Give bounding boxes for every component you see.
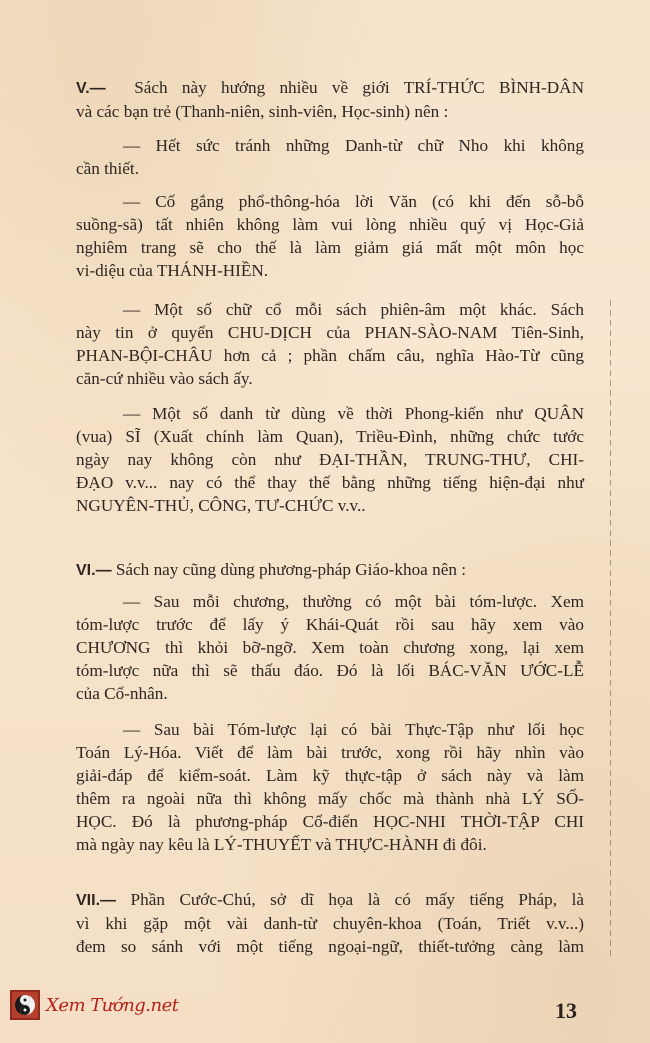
text-line: — Cố gắng phổ-thông-hóa lời Văn (có khi … bbox=[76, 190, 584, 213]
text-line: nghiêm trang sẽ cho thế là làm giảm giá … bbox=[76, 236, 584, 259]
text-line: giải-đáp để kiểm-soát. Làm kỹ thực-tập ở… bbox=[76, 764, 584, 787]
text-line: suồng-sã) tất nhiên không làm vui lòng n… bbox=[76, 213, 584, 236]
text-line: đem so sánh với một tiếng ngoại-ngữ, thi… bbox=[76, 935, 584, 958]
text-line: căn-cứ nhiều vào sách ấy. bbox=[76, 367, 584, 390]
text-line: vi-diệu của THÁNH-HIỀN. bbox=[76, 259, 584, 282]
text-line: — Một số chữ cổ mỗi sách phiên-âm một kh… bbox=[76, 298, 584, 321]
text-line: HỌC. Đó là phương-pháp Cổ-điển HỌC-NHI T… bbox=[76, 810, 584, 833]
text-line: và các bạn trẻ (Thanh-niên, sinh-viên, H… bbox=[76, 100, 584, 123]
text-line: này tin ở quyển CHU-DỊCH của PHAN-SÀO-NA… bbox=[76, 321, 584, 344]
section-numeral: VII.— bbox=[76, 892, 116, 909]
text-line: — Sau mỗi chương, thường có một bài tóm-… bbox=[76, 590, 584, 613]
text-line: cần thiết. bbox=[76, 157, 584, 180]
text-line: ngày nay không còn như ĐẠI-THẦN, TRUNG-T… bbox=[76, 448, 584, 471]
paragraph-vi-1: — Sau mỗi chương, thường có một bài tóm-… bbox=[76, 590, 584, 705]
section-vi-line-1: VI.— Sách nay cũng dùng phương-pháp Giáo… bbox=[76, 558, 584, 582]
paragraph-vi-2: — Sau bài Tóm-lược lại có bài Thực-Tập n… bbox=[76, 718, 584, 856]
text-line: NGUYÊN-THỦ, CÔNG, TƯ-CHỨC v.v.. bbox=[76, 494, 584, 517]
text-line: PHAN-BỘI-CHÂU hơn cả ; phần chấm câu, ng… bbox=[76, 344, 584, 367]
text-line: tóm-lược trước để lấy ý Khái-Quát rồi sa… bbox=[76, 613, 584, 636]
paragraph-v-1: — Hết sức tránh những Danh-từ chữ Nho kh… bbox=[76, 134, 584, 180]
text-line: vì khi gặp một vài danh-từ chuyên-khoa (… bbox=[76, 912, 584, 935]
text-line: của Cổ-nhân. bbox=[76, 682, 584, 705]
section-vi: VI.— Sách nay cũng dùng phương-pháp Giáo… bbox=[76, 558, 584, 582]
logo-badge bbox=[10, 990, 40, 1020]
section-v-line-1: V.— Sách này hướng nhiều về giới TRÍ-THỨ… bbox=[76, 76, 584, 100]
paragraph-v-2: — Cố gắng phổ-thông-hóa lời Văn (có khi … bbox=[76, 190, 584, 282]
text-line: (vua) SĨ (Xuất chính làm Quan), Triều-Đì… bbox=[76, 425, 584, 448]
text-line: tóm-lược nữa thì sẽ thấu đáo. Đó là lối … bbox=[76, 659, 584, 682]
yin-yang-icon bbox=[15, 995, 35, 1015]
paragraph-v-4: — Một số danh từ dùng về thời Phong-kiến… bbox=[76, 402, 584, 517]
section-vii-line-1: VII.— Phần Cước-Chú, sở dĩ họa là có mấy… bbox=[76, 888, 584, 912]
text-line: thêm ra ngoài nữa thì không mấy chốc mà … bbox=[76, 787, 584, 810]
watermark-logo[interactable]: Xem Tướng.net bbox=[10, 990, 179, 1020]
text-line: Toán Lý-Hóa. Viết để làm bài trước, xong… bbox=[76, 741, 584, 764]
section-vii: VII.— Phần Cước-Chú, sở dĩ họa là có mấy… bbox=[76, 888, 584, 958]
text-line: mà ngày nay kêu là LÝ-THUYẾT và THỰC-HÀN… bbox=[76, 833, 584, 856]
text-line: ĐẠO v.v... nay có thể thay thế bằng nhữn… bbox=[76, 471, 584, 494]
page-fold-line bbox=[610, 300, 611, 960]
text-line: — Hết sức tránh những Danh-từ chữ Nho kh… bbox=[76, 134, 584, 157]
section-v: V.— Sách này hướng nhiều về giới TRÍ-THỨ… bbox=[76, 76, 584, 123]
logo-text: Xem Tướng.net bbox=[46, 995, 179, 1016]
paragraph-v-3: — Một số chữ cổ mỗi sách phiên-âm một kh… bbox=[76, 298, 584, 390]
page-number: 13 bbox=[555, 998, 577, 1024]
text-line: — Một số danh từ dùng về thời Phong-kiến… bbox=[76, 402, 584, 425]
text-line: CHƯƠNG thì khỏi bỡ-ngỡ. Xem toàn chương … bbox=[76, 636, 584, 659]
section-numeral: VI.— bbox=[76, 562, 112, 579]
section-numeral: V.— bbox=[76, 80, 106, 97]
text-line: — Sau bài Tóm-lược lại có bài Thực-Tập n… bbox=[76, 718, 584, 741]
